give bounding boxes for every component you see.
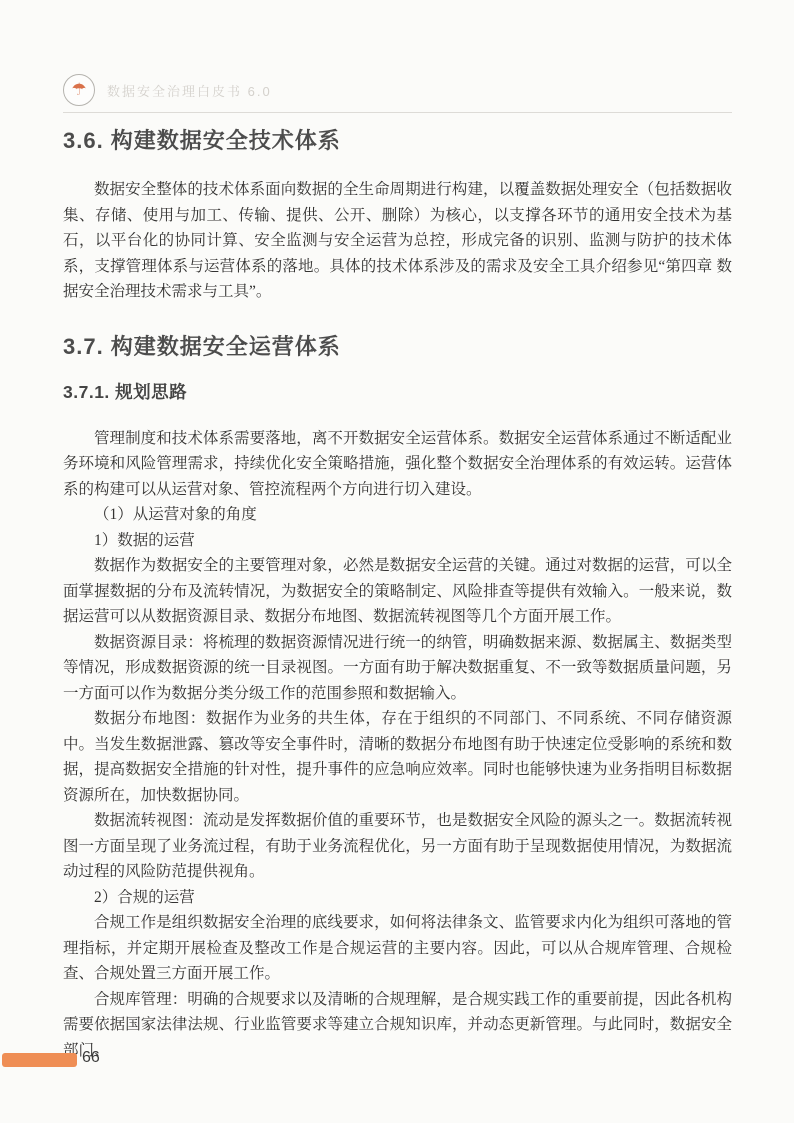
list-heading-operation-object: （1）从运营对象的角度	[63, 502, 732, 528]
page-footer: 66	[0, 1048, 794, 1078]
list-heading-data-operation: 1）数据的运营	[63, 528, 732, 554]
paragraph-tech-system: 数据安全整体的技术体系面向数据的全生命周期进行构建，以覆盖数据处理安全（包括数据…	[63, 177, 732, 305]
paragraph-compliance-intro: 合规工作是组织数据安全治理的底线要求，如何将法律条文、监管要求内化为组织可落地的…	[63, 910, 732, 987]
page-number: 66	[82, 1049, 100, 1067]
list-heading-compliance-operation: 2）合规的运营	[63, 885, 732, 911]
subsection-heading-3-7-1: 3.7.1. 规划思路	[63, 380, 732, 404]
umbrella-icon: ☂	[71, 81, 86, 98]
paragraph-data-resource-catalog: 数据资源目录：将梳理的数据资源情况进行统一的纳管，明确数据来源、数据属主、数据类…	[63, 630, 732, 707]
paragraph-operation-intro: 管理制度和技术体系需要落地，离不开数据安全运营体系。数据安全运营体系通过不断适配…	[63, 426, 732, 503]
publisher-logo: ☂	[63, 74, 95, 106]
page-header: ☂ 数据安全治理白皮书 6.0	[63, 74, 732, 113]
paragraph-data-operation: 数据作为数据安全的主要管理对象，必然是数据安全运营的关键。通过对数据的运营，可以…	[63, 553, 732, 630]
section-heading-3-7: 3.7. 构建数据安全运营体系	[63, 332, 732, 362]
section-heading-3-6: 3.6. 构建数据安全技术体系	[63, 126, 732, 156]
doc-title: 数据安全治理白皮书 6.0	[107, 81, 272, 100]
paragraph-data-flow-view: 数据流转视图：流动是发挥数据价值的重要环节，也是数据安全风险的源头之一。数据流转…	[63, 808, 732, 885]
paragraph-data-distribution-map: 数据分布地图：数据作为业务的共生体，存在于组织的不同部门、不同系统、不同存储资源…	[63, 706, 732, 808]
page-marker-bar	[2, 1053, 77, 1067]
document-page: ☂ 数据安全治理白皮书 6.0 3.6. 构建数据安全技术体系 数据安全整体的技…	[0, 0, 794, 1123]
